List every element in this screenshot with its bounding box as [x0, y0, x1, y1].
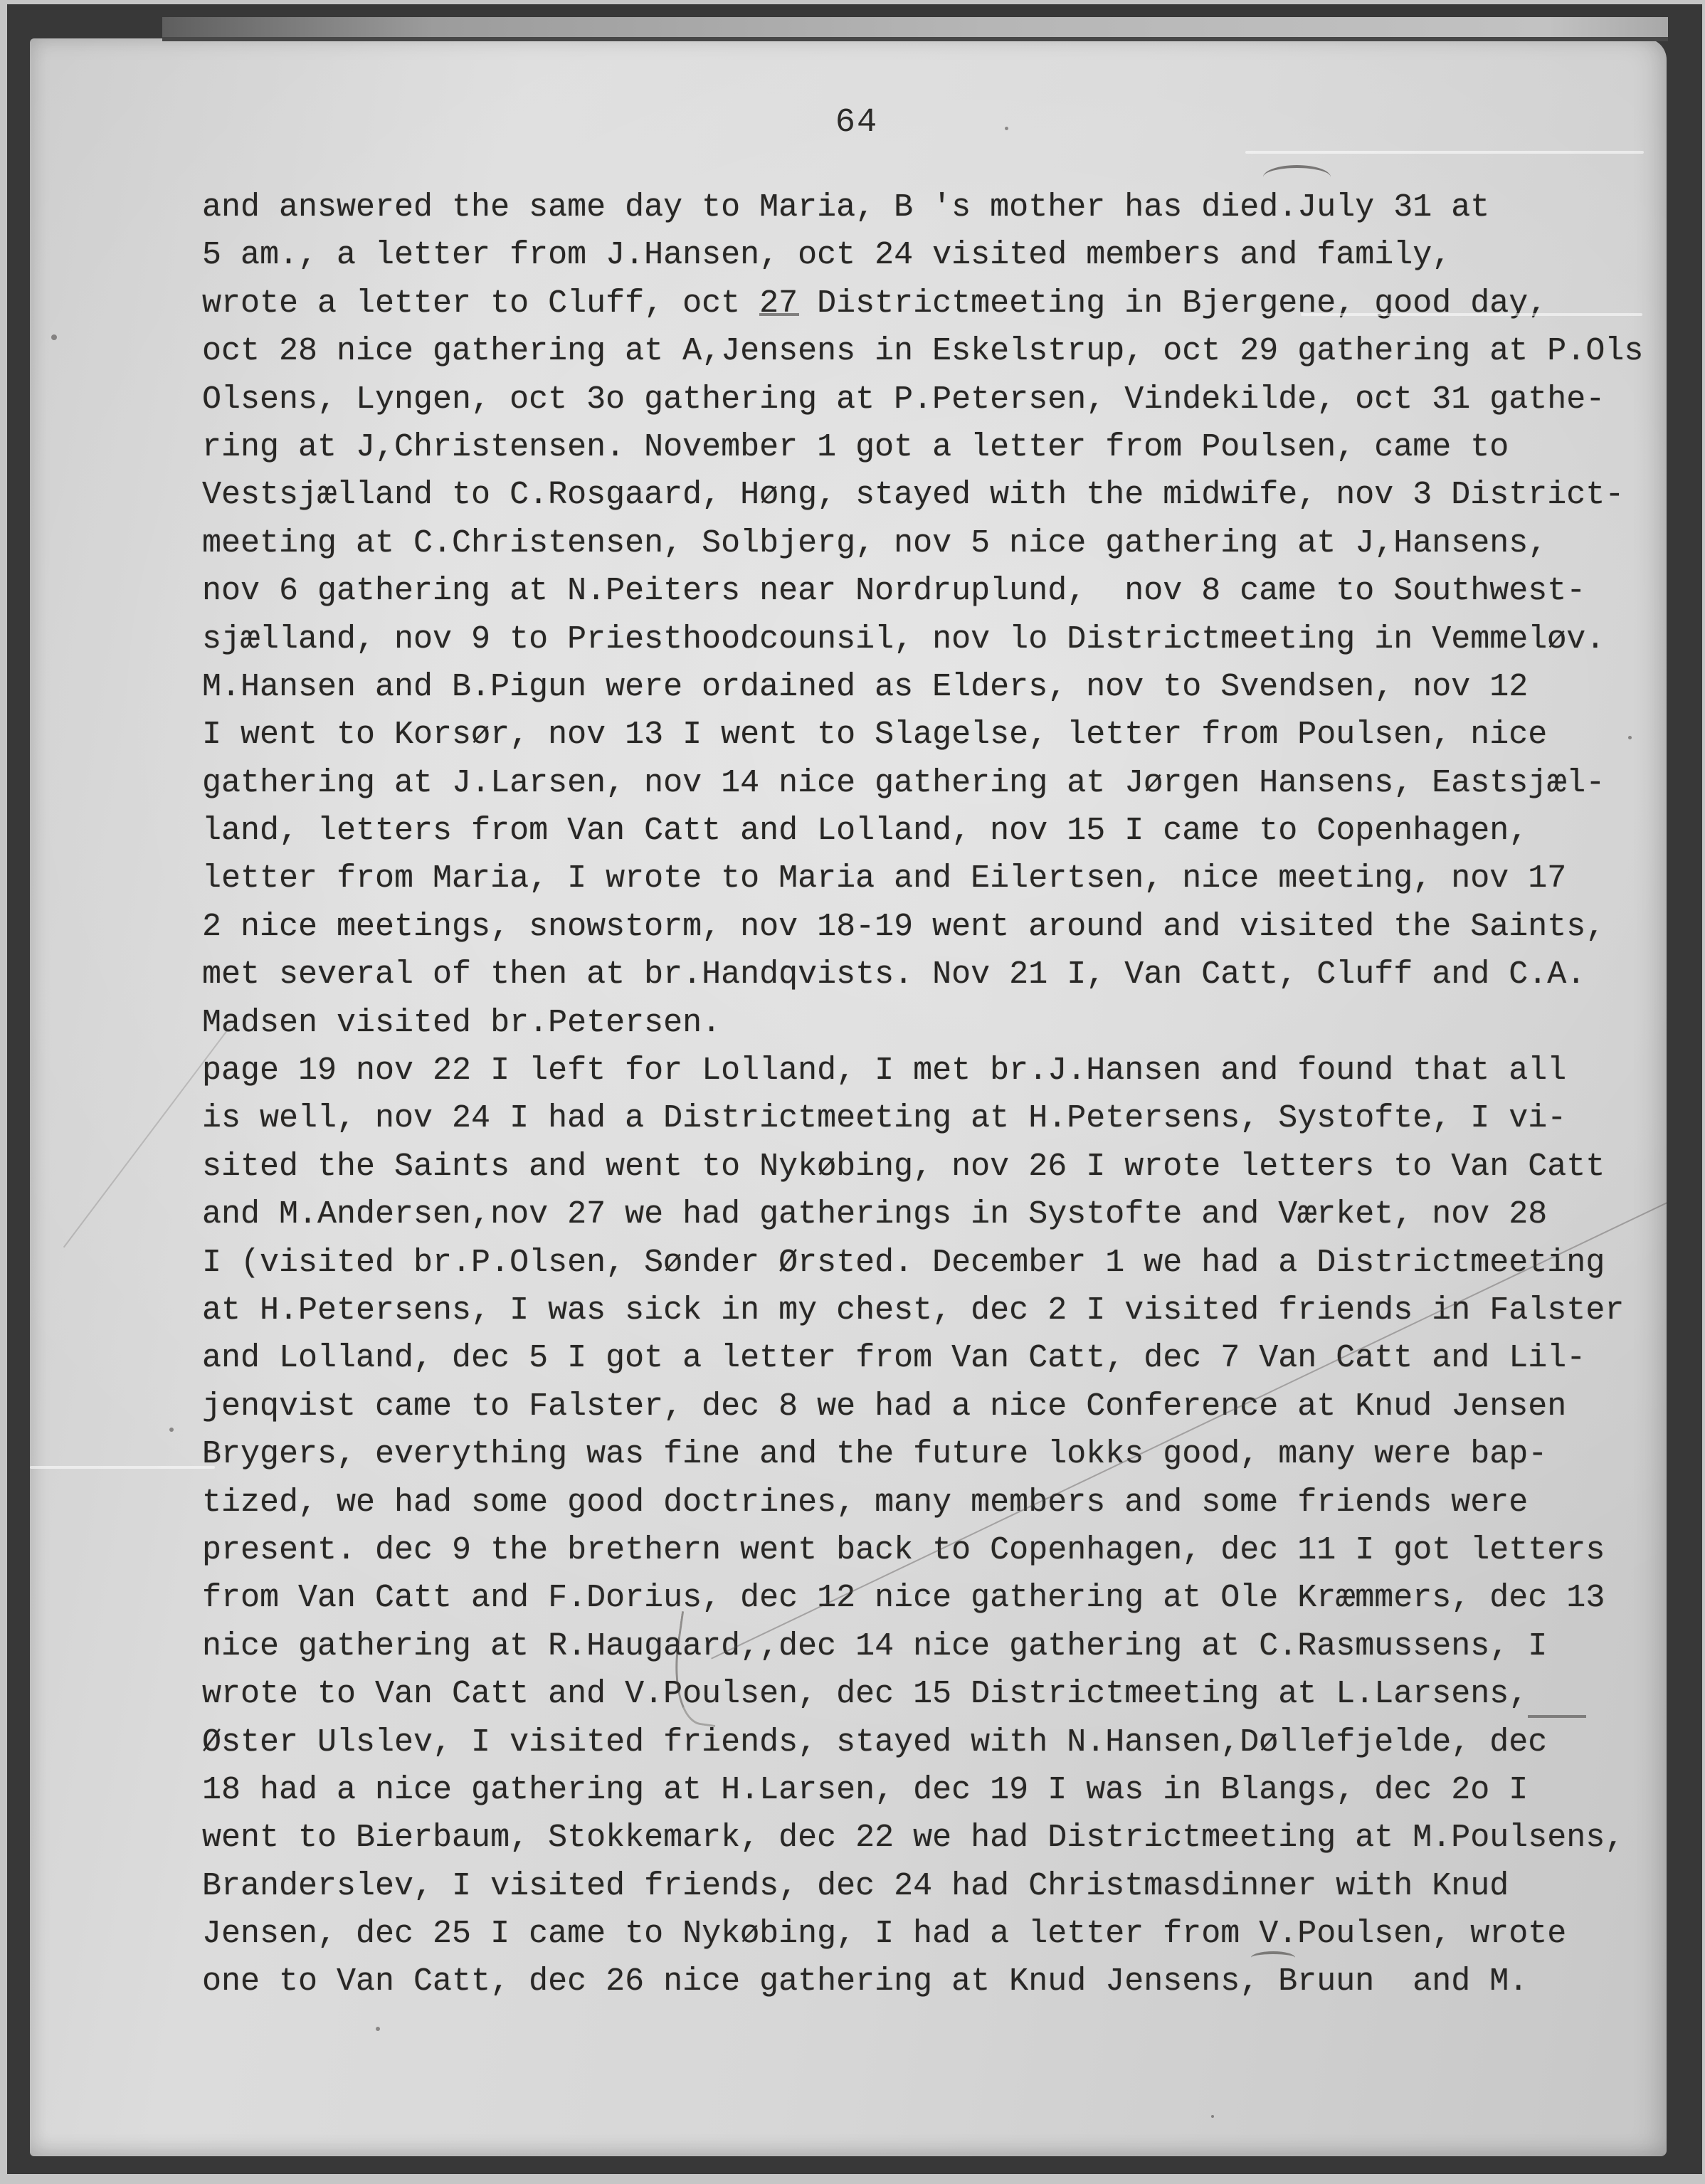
text-line: letter from Maria, I wrote to Maria and …	[202, 855, 1667, 902]
page-top-edge	[162, 17, 1668, 41]
text-line: at H.Petersens, I was sick in my chest, …	[202, 1287, 1667, 1334]
text-line: Olsens, Lyngen, oct 3o gathering at P.Pe…	[202, 376, 1667, 423]
text-line: wrote to Van Catt and V.Poulsen, dec 15 …	[202, 1670, 1667, 1718]
handwritten-mark	[1263, 165, 1331, 189]
text-line: sited the Saints and went to Nykøbing, n…	[202, 1143, 1667, 1191]
film-streak-artifact	[30, 1466, 215, 1469]
text-line: I (visited br.P.Olsen, Sønder Ørsted. De…	[202, 1239, 1667, 1287]
text-line: and Lolland, dec 5 I got a letter from V…	[202, 1334, 1667, 1382]
text-line: 2 nice meetings, snowstorm, nov 18-19 we…	[202, 903, 1667, 951]
text-line: I went to Korsør, nov 13 I went to Slage…	[202, 711, 1667, 759]
scanned-page: 64 and answered the same day to Maria, B…	[0, 0, 1705, 2184]
text-line: and answered the same day to Maria, B 's…	[202, 184, 1667, 231]
text-line: gathering at J.Larsen, nov 14 nice gathe…	[202, 759, 1667, 807]
text-line: 18 had a nice gathering at H.Larsen, dec…	[202, 1766, 1667, 1814]
dust-speck	[1628, 736, 1632, 739]
text-line: from Van Catt and F.Dorius, dec 12 nice …	[202, 1574, 1667, 1622]
handwritten-mark	[759, 313, 799, 316]
text-line: Branderslev, I visited friends, dec 24 h…	[202, 1862, 1667, 1910]
text-line: nov 6 gathering at N.Peiters near Nordru…	[202, 567, 1667, 615]
page-number: 64	[807, 104, 907, 142]
handwritten-mark	[1528, 1715, 1586, 1718]
text-line: Øster Ulslev, I visited friends, stayed …	[202, 1719, 1667, 1766]
dust-speck	[169, 1428, 174, 1432]
text-line: meeting at C.Christensen, Solbjerg, nov …	[202, 519, 1667, 567]
text-line: Vestsjælland to C.Rosgaard, Høng, stayed…	[202, 471, 1667, 519]
text-line: sjælland, nov 9 to Priesthoodcounsil, no…	[202, 616, 1667, 663]
film-streak-artifact	[1245, 151, 1644, 154]
text-line: nice gathering at R.Haugaard,,dec 14 nic…	[202, 1623, 1667, 1670]
dust-speck	[51, 334, 57, 340]
typewritten-text: and answered the same day to Maria, B 's…	[202, 184, 1667, 2006]
paper-sheet: 64 and answered the same day to Maria, B…	[30, 38, 1667, 2156]
dust-speck	[1005, 127, 1008, 130]
text-line: Brygers, everything was fine and the fut…	[202, 1430, 1667, 1478]
text-line: M.Hansen and B.Pigun were ordained as El…	[202, 663, 1667, 711]
text-line: Madsen visited br.Petersen.	[202, 999, 1667, 1047]
text-line: oct 28 nice gathering at A,Jensens in Es…	[202, 327, 1667, 375]
text-line: land, letters from Van Catt and Lolland,…	[202, 807, 1667, 855]
dust-speck	[376, 2027, 380, 2031]
text-line: jenqvist came to Falster, dec 8 we had a…	[202, 1383, 1667, 1430]
text-line: wrote a letter to Cluff, oct 27 District…	[202, 280, 1667, 327]
text-line: 5 am., a letter from J.Hansen, oct 24 vi…	[202, 231, 1667, 279]
text-line: went to Bierbaum, Stokkemark, dec 22 we …	[202, 1814, 1667, 1862]
text-line: and M.Andersen,nov 27 we had gatherings …	[202, 1191, 1667, 1238]
text-line: met several of then at br.Handqvists. No…	[202, 951, 1667, 998]
text-line: present. dec 9 the brethern went back to…	[202, 1526, 1667, 1574]
handwritten-mark	[1251, 1951, 1295, 1964]
text-line: one to Van Catt, dec 26 nice gathering a…	[202, 1958, 1667, 2005]
text-line: is well, nov 24 I had a Districtmeeting …	[202, 1094, 1667, 1142]
text-line: Jensen, dec 25 I came to Nykøbing, I had…	[202, 1910, 1667, 1958]
text-line: page 19 nov 22 I left for Lolland, I met…	[202, 1047, 1667, 1094]
dust-speck	[1211, 2115, 1214, 2118]
text-line: ring at J,Christensen. November 1 got a …	[202, 423, 1667, 471]
film-streak-artifact	[1301, 313, 1642, 316]
text-line: tized, we had some good doctrines, many …	[202, 1479, 1667, 1526]
